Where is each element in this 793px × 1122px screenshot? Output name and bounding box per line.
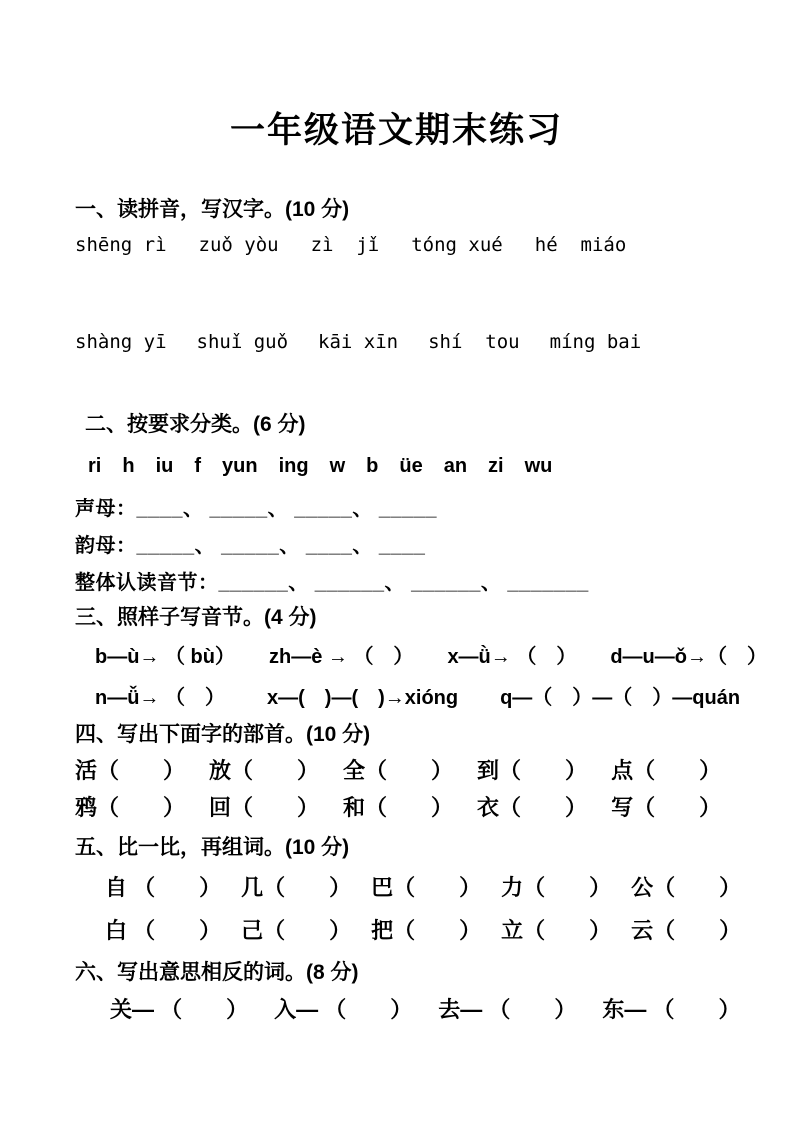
letter-item: ing (279, 455, 309, 478)
shengmu-fill-line: 声母：____、 _____、 _____、 _____ (75, 492, 437, 521)
letter-item: iu (156, 455, 174, 478)
syllable-item: d—u—ǒ→（ ） (610, 640, 767, 669)
letter-item: zi (488, 455, 504, 478)
section2-heading: 二、按要求分类。(6 分) (85, 408, 306, 438)
syllable-item: q—（ ）—（ ）—quán (500, 681, 740, 710)
section6-heading: 六、写出意思相反的词。(8 分) (75, 956, 359, 986)
pinyin-word: shuǐ guǒ (197, 331, 289, 353)
compare-item: 巴（ ） (371, 871, 481, 902)
pinyin-word: kāi xīn (318, 331, 398, 353)
section3-heading: 三、照样子写音节。(4 分) (75, 601, 317, 631)
letter-item: w (330, 455, 346, 478)
radical-item: 写（ ） (611, 791, 721, 822)
pinyin-word: zì jǐ (311, 234, 380, 256)
compare-item: 立（ ） (501, 914, 611, 945)
compare-item: 力（ ） (501, 871, 611, 902)
pinyin-word: tóng xué (411, 234, 503, 256)
radical-item: 点（ ） (611, 754, 721, 785)
compare-item: 把（ ） (371, 914, 481, 945)
compare-item: 己（ ） (241, 914, 351, 945)
letter-item: h (122, 455, 134, 478)
page-title: 一年级语文期末练习 (0, 103, 793, 153)
antonym-item: 关— （ ） (110, 993, 248, 1024)
letter-item: an (444, 455, 467, 478)
syllable-item: n—ǚ→ （ ） (95, 681, 225, 710)
radical-item: 鸦（ ） (75, 791, 185, 822)
radical-item: 衣（ ） (477, 791, 587, 822)
radical-item: 回（ ） (209, 791, 319, 822)
section5-row-1: 自 （ ） 几（ ） 巴（ ） 力（ ） 公（ ） (105, 871, 741, 902)
compare-item: 公（ ） (631, 871, 741, 902)
section4-row-2: 鸦（ ） 回（ ） 和（ ） 衣（ ） 写（ ） (75, 791, 721, 822)
section5-row-2: 白 （ ） 己（ ） 把（ ） 立（ ） 云（ ） (105, 914, 741, 945)
pinyin-word: shàng yī (75, 331, 167, 353)
section6-row: 关— （ ） 入— （ ） 去— （ ） 东— （ ） (110, 993, 741, 1024)
yunmu-fill-line: 韵母：_____、 _____、 ____、 ____ (75, 529, 425, 558)
radical-item: 活（ ） (75, 754, 185, 785)
letter-item: ri (88, 455, 101, 478)
section1-pinyin-row-2: shàng yī shuǐ guǒ kāi xīn shí tou míng b… (75, 331, 641, 353)
pinyin-word: míng bai (550, 331, 642, 353)
pinyin-word: hé miáo (535, 234, 627, 256)
section4-row-1: 活（ ） 放（ ） 全（ ） 到（ ） 点（ ） (75, 754, 721, 785)
pinyin-word: shí tou (428, 331, 520, 353)
radical-item: 到（ ） (477, 754, 587, 785)
section5-heading: 五、比一比，再组词。(10 分) (75, 831, 349, 861)
section2-letters-row: ri h iu f yun ing w b üe an zi wu (88, 455, 552, 478)
antonym-item: 去— （ ） (438, 993, 576, 1024)
letter-item: üe (399, 455, 422, 478)
letter-item: b (366, 455, 378, 478)
syllable-item: x—( )—( )→xióng (267, 681, 458, 710)
section3-line-2: n—ǚ→ （ ） x—( )—( )→xióng q—（ ）—（ ）—quán (95, 681, 740, 710)
letter-item: wu (525, 455, 553, 478)
antonym-item: 入— （ ） (274, 993, 412, 1024)
pinyin-word: zuǒ yòu (199, 234, 279, 256)
compare-item: 云（ ） (631, 914, 741, 945)
antonym-item: 东— （ ） (602, 993, 740, 1024)
worksheet-page: 一年级语文期末练习 一、读拼音，写汉字。(10 分) shēng rì zuǒ … (0, 0, 793, 1122)
radical-item: 和（ ） (343, 791, 453, 822)
section1-pinyin-row-1: shēng rì zuǒ yòu zì jǐ tóng xué hé miáo (75, 234, 626, 256)
compare-item: 自 （ ） (105, 871, 221, 902)
section3-line-1: b—ù→ （ bù） zh—è → （ ） x—ǜ→ （ ） d—u—ǒ→（ ） (95, 640, 767, 669)
letter-item: f (194, 455, 201, 478)
letter-item: yun (222, 455, 258, 478)
syllable-item: zh—è → （ ） (269, 640, 413, 669)
zhengti-fill-line: 整体认读音节：______、 ______、 ______、 _______ (75, 566, 589, 595)
compare-item: 几（ ） (241, 871, 351, 902)
radical-item: 全（ ） (343, 754, 453, 785)
radical-item: 放（ ） (209, 754, 319, 785)
section4-heading: 四、写出下面字的部首。(10 分) (75, 718, 370, 748)
section1-heading: 一、读拼音，写汉字。(10 分) (75, 193, 349, 223)
syllable-item: x—ǜ→ （ ） (447, 640, 576, 669)
compare-item: 白 （ ） (105, 914, 221, 945)
syllable-item: b—ù→ （ bù） (95, 640, 235, 669)
pinyin-word: shēng rì (75, 234, 167, 256)
